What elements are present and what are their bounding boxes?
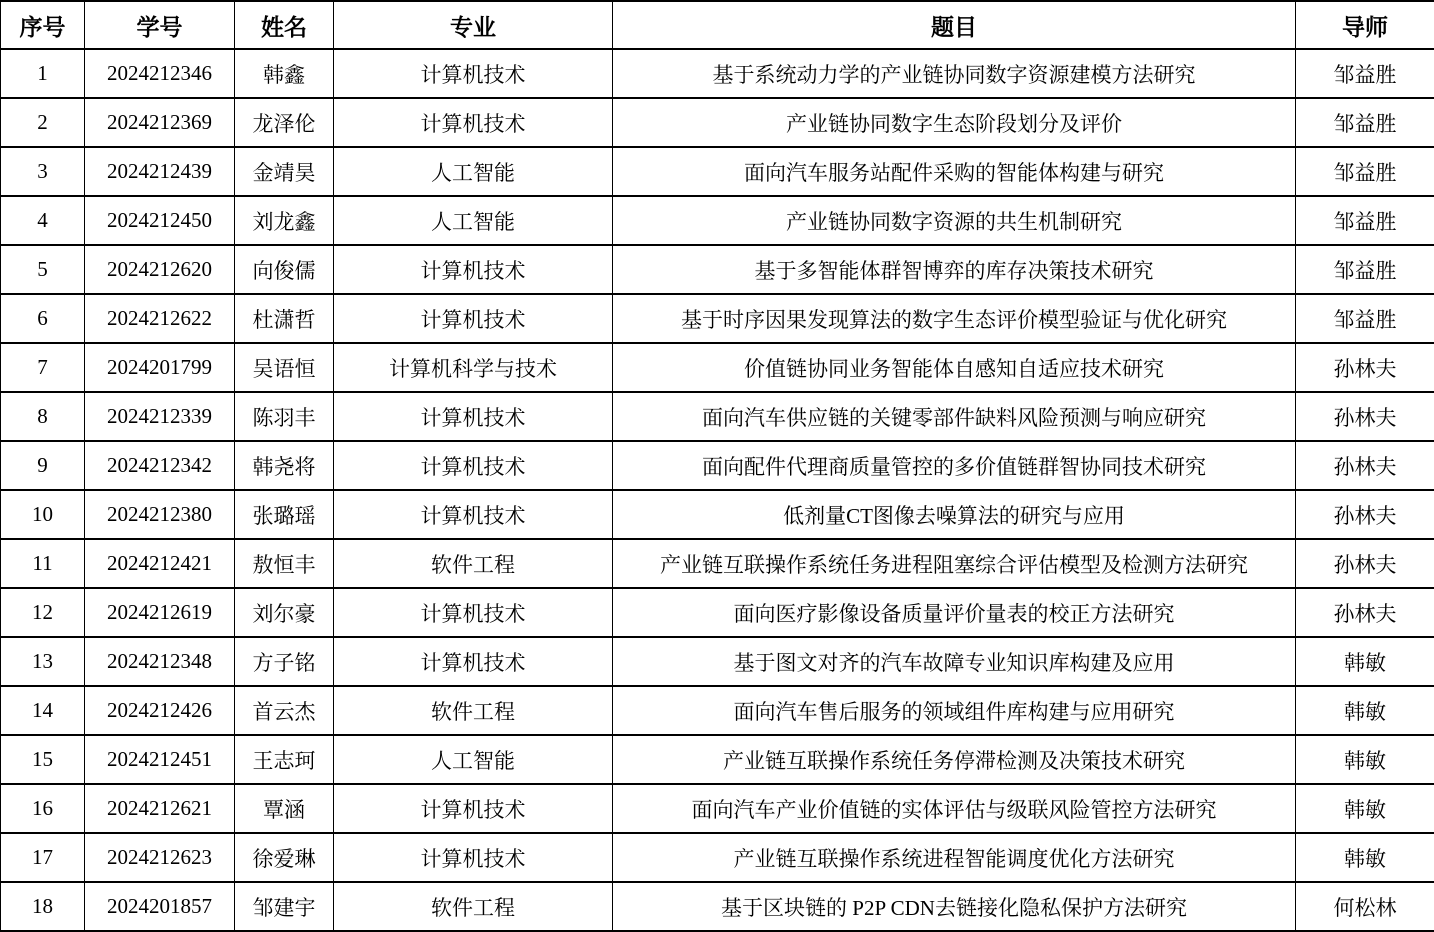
table-header: 序号学号姓名专业题目导师 bbox=[1, 1, 1434, 49]
cell-advisor: 邹益胜 bbox=[1296, 294, 1434, 343]
cell-advisor: 韩敏 bbox=[1296, 686, 1434, 735]
table-row: 52024212620向俊儒计算机技术基于多智能体群智博弈的库存决策技术研究邹益… bbox=[1, 245, 1434, 294]
cell-index: 8 bbox=[1, 392, 85, 441]
cell-advisor: 孙林夫 bbox=[1296, 539, 1434, 588]
column-header-name: 姓名 bbox=[235, 1, 334, 49]
table-row: 152024212451王志珂人工智能产业链互联操作系统任务停滞检测及决策技术研… bbox=[1, 735, 1434, 784]
cell-major: 计算机技术 bbox=[334, 588, 613, 637]
cell-topic: 低剂量CT图像去噪算法的研究与应用 bbox=[613, 490, 1296, 539]
cell-sid: 2024212439 bbox=[85, 147, 235, 196]
cell-major: 计算机技术 bbox=[334, 392, 613, 441]
cell-sid: 2024212380 bbox=[85, 490, 235, 539]
cell-index: 9 bbox=[1, 441, 85, 490]
cell-sid: 2024212421 bbox=[85, 539, 235, 588]
cell-advisor: 邹益胜 bbox=[1296, 49, 1434, 98]
cell-major: 软件工程 bbox=[334, 539, 613, 588]
cell-major: 计算机技术 bbox=[334, 49, 613, 98]
cell-major: 计算机技术 bbox=[334, 637, 613, 686]
cell-name: 徐爱琳 bbox=[235, 833, 334, 882]
cell-topic: 产业链协同数字生态阶段划分及评价 bbox=[613, 98, 1296, 147]
cell-sid: 2024212369 bbox=[85, 98, 235, 147]
cell-sid: 2024212342 bbox=[85, 441, 235, 490]
cell-major: 软件工程 bbox=[334, 686, 613, 735]
cell-index: 10 bbox=[1, 490, 85, 539]
table-body: 12024212346韩鑫计算机技术基于系统动力学的产业链协同数字资源建模方法研… bbox=[1, 49, 1434, 931]
cell-sid: 2024201799 bbox=[85, 343, 235, 392]
cell-topic: 产业链协同数字资源的共生机制研究 bbox=[613, 196, 1296, 245]
cell-advisor: 邹益胜 bbox=[1296, 245, 1434, 294]
cell-sid: 2024201857 bbox=[85, 882, 235, 931]
cell-sid: 2024212621 bbox=[85, 784, 235, 833]
cell-index: 5 bbox=[1, 245, 85, 294]
cell-topic: 产业链互联操作系统任务停滞检测及决策技术研究 bbox=[613, 735, 1296, 784]
table-row: 12024212346韩鑫计算机技术基于系统动力学的产业链协同数字资源建模方法研… bbox=[1, 49, 1434, 98]
cell-topic: 基于图文对齐的汽车故障专业知识库构建及应用 bbox=[613, 637, 1296, 686]
cell-index: 18 bbox=[1, 882, 85, 931]
cell-topic: 面向医疗影像设备质量评价量表的校正方法研究 bbox=[613, 588, 1296, 637]
cell-major: 人工智能 bbox=[334, 147, 613, 196]
cell-sid: 2024212426 bbox=[85, 686, 235, 735]
table-row: 142024212426首云杰软件工程面向汽车售后服务的领域组件库构建与应用研究… bbox=[1, 686, 1434, 735]
cell-major: 计算机科学与技术 bbox=[334, 343, 613, 392]
cell-sid: 2024212450 bbox=[85, 196, 235, 245]
cell-index: 7 bbox=[1, 343, 85, 392]
cell-index: 4 bbox=[1, 196, 85, 245]
column-header-index: 序号 bbox=[1, 1, 85, 49]
cell-topic: 产业链互联操作系统进程智能调度优化方法研究 bbox=[613, 833, 1296, 882]
cell-major: 计算机技术 bbox=[334, 441, 613, 490]
cell-sid: 2024212622 bbox=[85, 294, 235, 343]
table-row: 132024212348方子铭计算机技术基于图文对齐的汽车故障专业知识库构建及应… bbox=[1, 637, 1434, 686]
table-row: 182024201857邹建宇软件工程基于区块链的 P2P CDN去链接化隐私保… bbox=[1, 882, 1434, 931]
table-row: 82024212339陈羽丰计算机技术面向汽车供应链的关键零部件缺料风险预测与响… bbox=[1, 392, 1434, 441]
cell-topic: 产业链互联操作系统任务进程阻塞综合评估模型及检测方法研究 bbox=[613, 539, 1296, 588]
cell-advisor: 邹益胜 bbox=[1296, 98, 1434, 147]
table-row: 162024212621覃涵计算机技术面向汽车产业价值链的实体评估与级联风险管控… bbox=[1, 784, 1434, 833]
cell-index: 11 bbox=[1, 539, 85, 588]
cell-name: 王志珂 bbox=[235, 735, 334, 784]
cell-topic: 基于区块链的 P2P CDN去链接化隐私保护方法研究 bbox=[613, 882, 1296, 931]
table-row: 72024201799吴语恒计算机科学与技术价值链协同业务智能体自感知自适应技术… bbox=[1, 343, 1434, 392]
cell-major: 计算机技术 bbox=[334, 98, 613, 147]
cell-advisor: 韩敏 bbox=[1296, 637, 1434, 686]
cell-topic: 价值链协同业务智能体自感知自适应技术研究 bbox=[613, 343, 1296, 392]
cell-name: 韩尧将 bbox=[235, 441, 334, 490]
cell-major: 人工智能 bbox=[334, 735, 613, 784]
cell-index: 14 bbox=[1, 686, 85, 735]
cell-advisor: 孙林夫 bbox=[1296, 343, 1434, 392]
cell-sid: 2024212339 bbox=[85, 392, 235, 441]
table-row: 22024212369龙泽伦计算机技术产业链协同数字生态阶段划分及评价邹益胜 bbox=[1, 98, 1434, 147]
cell-topic: 基于多智能体群智博弈的库存决策技术研究 bbox=[613, 245, 1296, 294]
cell-major: 计算机技术 bbox=[334, 784, 613, 833]
cell-topic: 面向汽车供应链的关键零部件缺料风险预测与响应研究 bbox=[613, 392, 1296, 441]
cell-index: 2 bbox=[1, 98, 85, 147]
cell-index: 13 bbox=[1, 637, 85, 686]
table-row: 102024212380张璐瑶计算机技术低剂量CT图像去噪算法的研究与应用孙林夫 bbox=[1, 490, 1434, 539]
cell-name: 首云杰 bbox=[235, 686, 334, 735]
cell-name: 向俊儒 bbox=[235, 245, 334, 294]
cell-name: 张璐瑶 bbox=[235, 490, 334, 539]
cell-major: 计算机技术 bbox=[334, 294, 613, 343]
cell-index: 16 bbox=[1, 784, 85, 833]
cell-topic: 基于时序因果发现算法的数字生态评价模型验证与优化研究 bbox=[613, 294, 1296, 343]
cell-major: 计算机技术 bbox=[334, 833, 613, 882]
cell-index: 15 bbox=[1, 735, 85, 784]
cell-advisor: 邹益胜 bbox=[1296, 147, 1434, 196]
cell-advisor: 孙林夫 bbox=[1296, 392, 1434, 441]
cell-major: 人工智能 bbox=[334, 196, 613, 245]
cell-index: 3 bbox=[1, 147, 85, 196]
cell-name: 覃涵 bbox=[235, 784, 334, 833]
cell-index: 6 bbox=[1, 294, 85, 343]
cell-index: 17 bbox=[1, 833, 85, 882]
cell-major: 软件工程 bbox=[334, 882, 613, 931]
cell-name: 方子铭 bbox=[235, 637, 334, 686]
cell-sid: 2024212623 bbox=[85, 833, 235, 882]
cell-major: 计算机技术 bbox=[334, 490, 613, 539]
table-row: 62024212622杜潇哲计算机技术基于时序因果发现算法的数字生态评价模型验证… bbox=[1, 294, 1434, 343]
cell-sid: 2024212451 bbox=[85, 735, 235, 784]
cell-name: 吴语恒 bbox=[235, 343, 334, 392]
cell-name: 刘龙鑫 bbox=[235, 196, 334, 245]
column-header-advisor: 导师 bbox=[1296, 1, 1434, 49]
header-row: 序号学号姓名专业题目导师 bbox=[1, 1, 1434, 49]
cell-topic: 面向汽车服务站配件采购的智能体构建与研究 bbox=[613, 147, 1296, 196]
cell-sid: 2024212620 bbox=[85, 245, 235, 294]
document-page: 序号学号姓名专业题目导师 12024212346韩鑫计算机技术基于系统动力学的产… bbox=[0, 0, 1434, 932]
cell-topic: 基于系统动力学的产业链协同数字资源建模方法研究 bbox=[613, 49, 1296, 98]
student-topic-table: 序号学号姓名专业题目导师 12024212346韩鑫计算机技术基于系统动力学的产… bbox=[0, 0, 1434, 932]
cell-advisor: 何松林 bbox=[1296, 882, 1434, 931]
cell-sid: 2024212348 bbox=[85, 637, 235, 686]
cell-topic: 面向汽车售后服务的领域组件库构建与应用研究 bbox=[613, 686, 1296, 735]
cell-advisor: 孙林夫 bbox=[1296, 441, 1434, 490]
cell-index: 1 bbox=[1, 49, 85, 98]
cell-sid: 2024212346 bbox=[85, 49, 235, 98]
cell-index: 12 bbox=[1, 588, 85, 637]
cell-major: 计算机技术 bbox=[334, 245, 613, 294]
cell-advisor: 韩敏 bbox=[1296, 784, 1434, 833]
cell-sid: 2024212619 bbox=[85, 588, 235, 637]
cell-advisor: 孙林夫 bbox=[1296, 588, 1434, 637]
table-row: 172024212623徐爱琳计算机技术产业链互联操作系统进程智能调度优化方法研… bbox=[1, 833, 1434, 882]
cell-name: 陈羽丰 bbox=[235, 392, 334, 441]
column-header-sid: 学号 bbox=[85, 1, 235, 49]
table-row: 32024212439金靖昊人工智能面向汽车服务站配件采购的智能体构建与研究邹益… bbox=[1, 147, 1434, 196]
cell-name: 刘尔豪 bbox=[235, 588, 334, 637]
cell-advisor: 韩敏 bbox=[1296, 833, 1434, 882]
table-row: 42024212450刘龙鑫人工智能产业链协同数字资源的共生机制研究邹益胜 bbox=[1, 196, 1434, 245]
cell-name: 敖恒丰 bbox=[235, 539, 334, 588]
cell-name: 韩鑫 bbox=[235, 49, 334, 98]
cell-advisor: 韩敏 bbox=[1296, 735, 1434, 784]
cell-name: 杜潇哲 bbox=[235, 294, 334, 343]
cell-advisor: 邹益胜 bbox=[1296, 196, 1434, 245]
table-row: 112024212421敖恒丰软件工程产业链互联操作系统任务进程阻塞综合评估模型… bbox=[1, 539, 1434, 588]
cell-advisor: 孙林夫 bbox=[1296, 490, 1434, 539]
column-header-topic: 题目 bbox=[613, 1, 1296, 49]
cell-topic: 面向配件代理商质量管控的多价值链群智协同技术研究 bbox=[613, 441, 1296, 490]
table-row: 122024212619刘尔豪计算机技术面向医疗影像设备质量评价量表的校正方法研… bbox=[1, 588, 1434, 637]
cell-name: 金靖昊 bbox=[235, 147, 334, 196]
cell-topic: 面向汽车产业价值链的实体评估与级联风险管控方法研究 bbox=[613, 784, 1296, 833]
cell-name: 龙泽伦 bbox=[235, 98, 334, 147]
column-header-major: 专业 bbox=[334, 1, 613, 49]
table-row: 92024212342韩尧将计算机技术面向配件代理商质量管控的多价值链群智协同技… bbox=[1, 441, 1434, 490]
cell-name: 邹建宇 bbox=[235, 882, 334, 931]
